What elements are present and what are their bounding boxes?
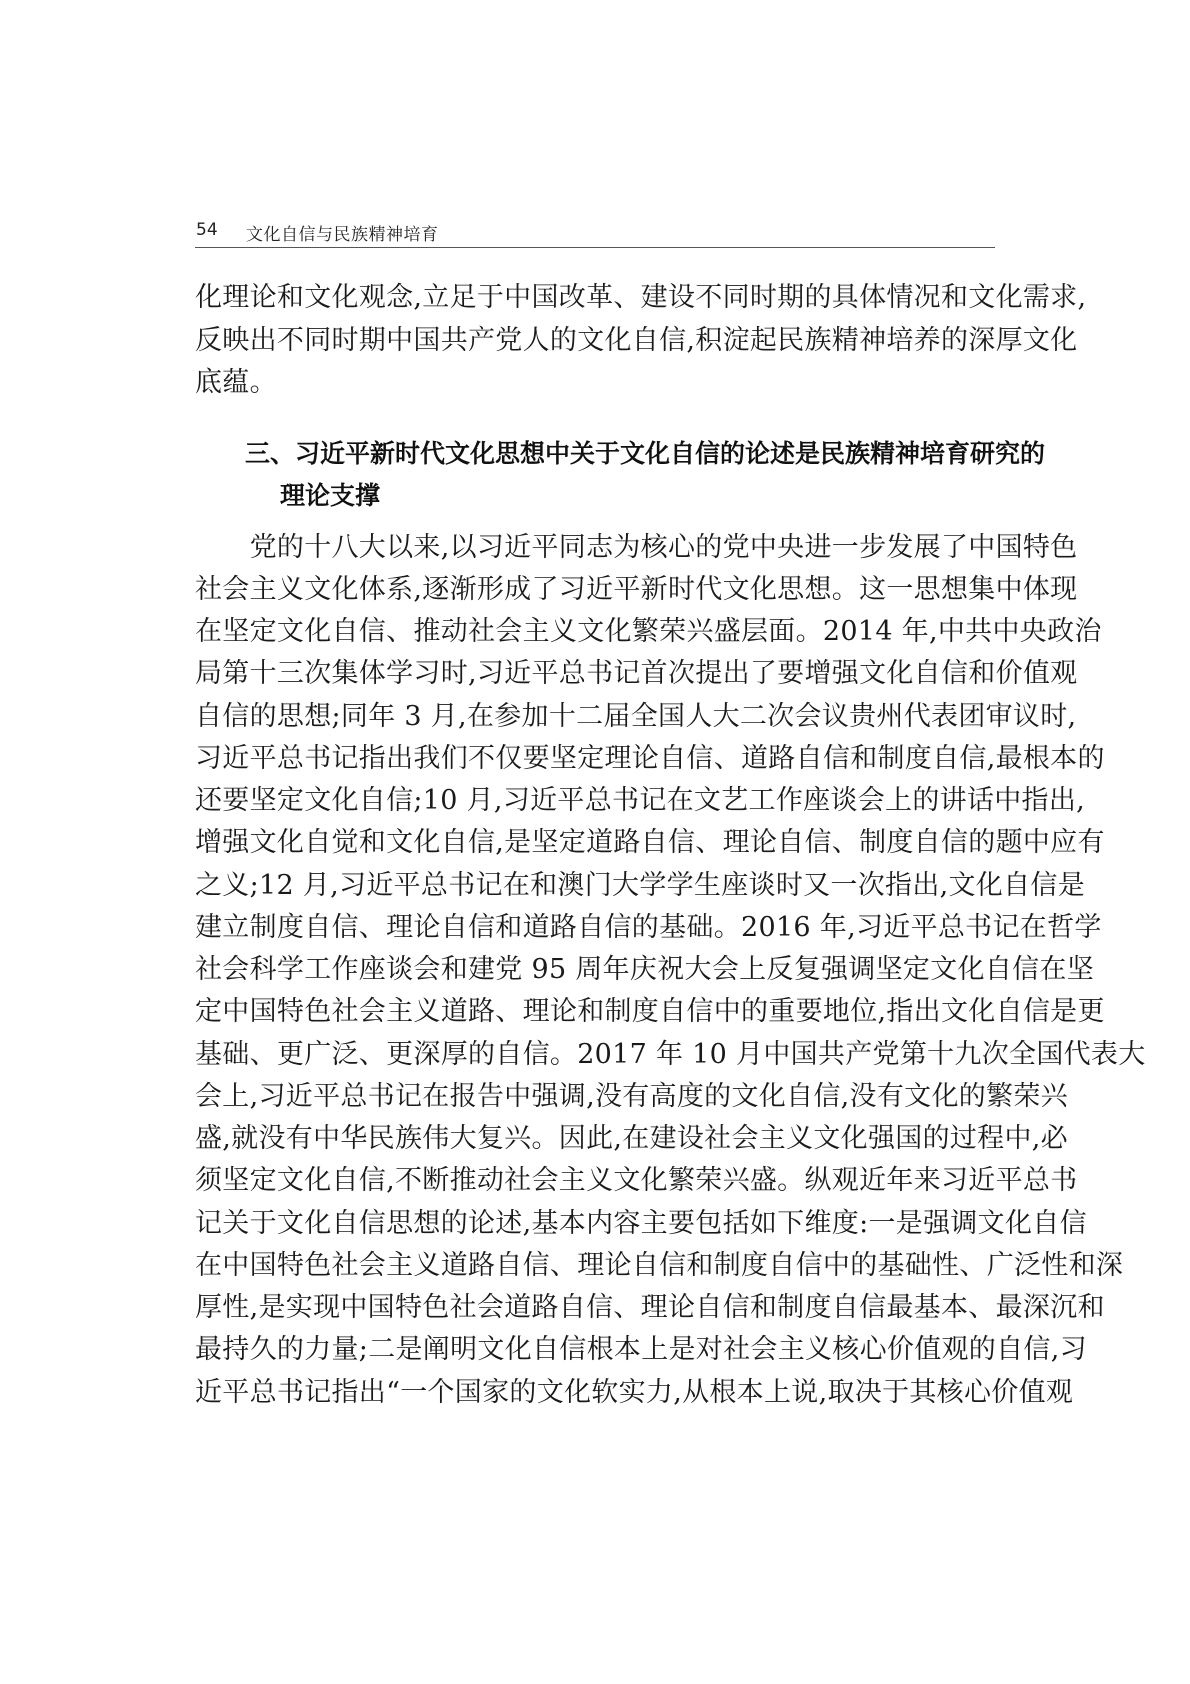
text-line: 党的十八大以来,以习近平同志为核心的党中央进一步发展了中国特色 [195,527,995,569]
book-title: 文化自信与民族精神培育 [246,220,439,245]
text-line: 社会主义文化体系,逐渐形成了习近平新时代文化思想。这一思想集中体现 [195,569,995,611]
text-line: 底蕴。 [195,362,995,404]
text-line: 最持久的力量;二是阐明文化自信根本上是对社会主义核心价值观的自信,习 [195,1329,995,1371]
text-line: 基础、更广泛、更深厚的自信。2017 年 10 月中国共产党第十九次全国代表大 [195,1034,995,1076]
running-head: 54 文化自信与民族精神培育 [196,218,996,246]
text-line: 会上,习近平总书记在报告中强调,没有高度的文化自信,没有文化的繁荣兴 [195,1076,995,1118]
text-line: 在中国特色社会主义道路自信、理论自信和制度自信中的基础性、广泛性和深 [195,1245,995,1287]
text-line: 之义;12 月,习近平总书记在和澳门大学学生座谈时又一次指出,文化自信是 [195,865,995,907]
text-line: 还要坚定文化自信;10 月,习近平总书记在文艺工作座谈会上的讲话中指出, [195,780,995,822]
text-line: 须坚定文化自信,不断推动社会主义文化繁荣兴盛。纵观近年来习近平总书 [195,1160,995,1202]
text-line: 反映出不同时期中国共产党人的文化自信,积淀起民族精神培养的深厚文化 [195,320,995,362]
text-line: 盛,就没有中华民族伟大复兴。因此,在建设社会主义文化强国的过程中,必 [195,1118,995,1160]
text-line: 化理论和文化观念,立足于中国改革、建设不同时期的具体情况和文化需求, [195,277,995,319]
book-page: 54 文化自信与民族精神培育 化理论和文化观念,立足于中国改革、建设不同时期的具… [0,0,1190,1684]
text-line: 习近平总书记指出我们不仅要坚定理论自信、道路自信和制度自信,最根本的 [195,738,995,780]
text-line: 定中国特色社会主义道路、理论和制度自信中的重要地位,指出文化自信是更 [195,991,995,1033]
section-heading-line-2: 理论支撑 [280,475,380,517]
page-number: 54 [196,220,218,240]
text-line: 社会科学工作座谈会和建党 95 周年庆祝大会上反复强调坚定文化自信在坚 [195,949,995,991]
text-line: 近平总书记指出“一个国家的文化软实力,从根本上说,取决于其核心价值观 [195,1372,995,1414]
section-heading-line-1: 三、习近平新时代文化思想中关于文化自信的论述是民族精神培育研究的 [245,433,990,475]
text-line: 厚性,是实现中国特色社会道路自信、理论自信和制度自信最基本、最深沉和 [195,1287,995,1329]
text-line: 自信的思想;同年 3 月,在参加十二届全国人大二次会议贵州代表团审议时, [195,696,995,738]
text-line: 建立制度自信、理论自信和道路自信的基础。2016 年,习近平总书记在哲学 [195,907,995,949]
text-line: 增强文化自觉和文化自信,是坚定道路自信、理论自信、制度自信的题中应有 [195,822,995,864]
header-rule [195,247,995,248]
text-line: 记关于文化自信思想的论述,基本内容主要包括如下维度:一是强调文化自信 [195,1203,995,1245]
text-line: 局第十三次集体学习时,习近平总书记首次提出了要增强文化自信和价值观 [195,653,995,695]
text-line: 在坚定文化自信、推动社会主义文化繁荣兴盛层面。2014 年,中共中央政治 [195,611,995,653]
